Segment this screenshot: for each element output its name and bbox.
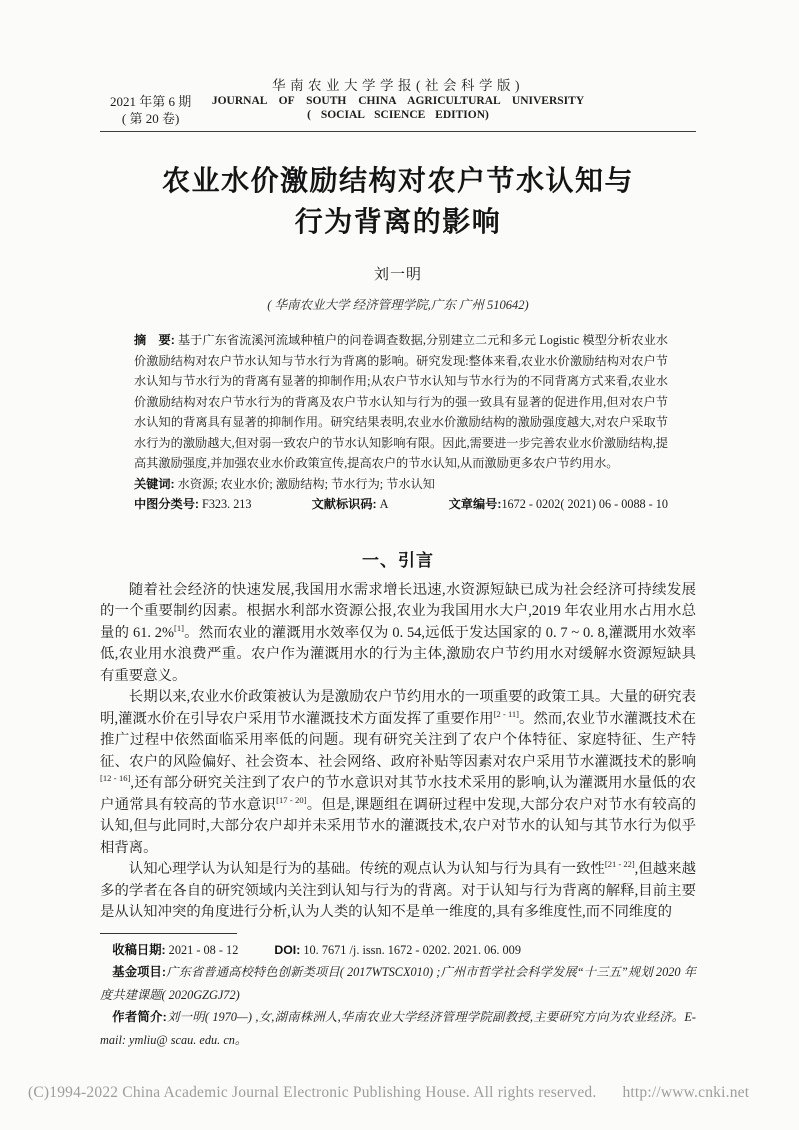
clc-item: 中图分类号: F323. 213: [134, 494, 251, 515]
issue-line-1: 2021 年第 6 期: [110, 93, 191, 110]
received-date-label: 收稿日期:: [112, 943, 165, 957]
abstract-text: 基于广东省流溪河流域种植户的问卷调查数据,分别建立二元和多元 Logistic …: [134, 333, 668, 470]
doi-value: 10. 7671 /j. issn. 1672 - 0202. 2021. 06…: [300, 943, 521, 957]
paragraph: 认知心理学认为认知是行为的基础。传统的观点认为认知与行为具有一致性[21 - 2…: [100, 859, 696, 924]
title-line-1: 农业水价激励结构对农户节水认知与: [100, 160, 696, 201]
clc-label: 中图分类号:: [134, 497, 199, 511]
header-divider: [100, 131, 696, 132]
keywords-text: 水资源; 农业水价; 激励结构; 节水行为; 节水认知: [175, 477, 435, 491]
journal-name-cn: 华南农业大学学报(社会科学版): [100, 78, 696, 93]
doi-label: DOI:: [274, 943, 300, 957]
doc-code-item: 文献标识码: A: [312, 494, 389, 515]
body-text: 随着社会经济的快速发展,我国用水需求增长迅速,水资源短缺已成为社会经济可持续发展…: [100, 580, 696, 924]
article-id-item: 文章编号:1672 - 0202( 2021) 06 - 0088 - 10: [449, 494, 668, 515]
journal-header: 2021 年第 6 期 ( 第 20 卷) 华南农业大学学报(社会科学版) JO…: [100, 78, 696, 132]
article-id-value: 1672 - 0202( 2021) 06 - 0088 - 10: [501, 497, 668, 511]
article-title: 农业水价激励结构对农户节水认知与 行为背离的影响: [100, 160, 696, 242]
author-bio-line: 作者简介:刘一明( 1970—) ,女,湖南株洲人,华南农业大学经济管理学院副教…: [100, 1006, 696, 1051]
author-bio-label: 作者简介:: [112, 1010, 166, 1024]
copyright-text: (C)1994-2022 China Academic Journal Elec…: [28, 1084, 596, 1101]
footnote-divider: [100, 933, 237, 934]
classification-line: 中图分类号: F323. 213 文献标识码: A 文章编号:1672 - 02…: [134, 494, 668, 515]
section-heading: 一、引言: [100, 550, 696, 572]
fund-text: 广东省普通高校特色创新类项目( 2017WTSCX010) ;广州市哲学社会科学…: [100, 965, 696, 1002]
author-name: 刘一明: [100, 263, 696, 284]
author-bio-text: 刘一明( 1970—) ,女,湖南株洲人,华南农业大学经济管理学院副教授,主要研…: [100, 1010, 696, 1047]
doc-code-value: A: [377, 497, 389, 511]
page-content: 2021 年第 6 期 ( 第 20 卷) 华南农业大学学报(社会科学版) JO…: [100, 78, 696, 1051]
title-line-2: 行为背离的影响: [100, 201, 696, 242]
article-page: 2021 年第 6 期 ( 第 20 卷) 华南农业大学学报(社会科学版) JO…: [0, 0, 799, 1130]
keywords-label: 关键词:: [134, 477, 175, 491]
abstract-paragraph: 摘 要: 基于广东省流溪河流域种植户的问卷调查数据,分别建立二元和多元 Logi…: [134, 330, 668, 474]
abstract-block: 摘 要: 基于广东省流溪河流域种植户的问卷调查数据,分别建立二元和多元 Logi…: [134, 330, 668, 515]
keywords-line: 关键词: 水资源; 农业水价; 激励结构; 节水行为; 节水认知: [134, 474, 668, 495]
paragraph: 随着社会经济的快速发展,我国用水需求增长迅速,水资源短缺已成为社会经济可持续发展…: [100, 580, 696, 688]
footnote-block: 收稿日期: 2021 - 08 - 12DOI: 10. 7671 /j. is…: [100, 939, 696, 1052]
article-id-label: 文章编号:: [449, 497, 502, 511]
issue-block: 2021 年第 6 期 ( 第 20 卷): [110, 93, 191, 127]
page-footer: (C)1994-2022 China Academic Journal Elec…: [28, 1084, 788, 1102]
received-date-value: 2021 - 08 - 12: [166, 943, 239, 957]
paragraph: 长期以来,农业水价政策被认为是激励农户节约用水的一项重要的政策工具。大量的研究表…: [100, 687, 696, 859]
fund-line: 基金项目:广东省普通高校特色创新类项目( 2017WTSCX010) ;广州市哲…: [100, 961, 696, 1006]
doc-code-label: 文献标识码:: [312, 497, 377, 511]
abstract-label: 摘 要:: [134, 333, 175, 347]
clc-value: F323. 213: [199, 497, 251, 511]
received-date-line: 收稿日期: 2021 - 08 - 12DOI: 10. 7671 /j. is…: [100, 939, 696, 962]
issue-line-2: ( 第 20 卷): [110, 110, 191, 127]
author-affiliation: ( 华南农业大学 经济管理学院,广东 广州 510642): [100, 295, 696, 313]
cnki-url: http://www.cnki.net: [622, 1084, 749, 1101]
fund-label: 基金项目:: [112, 965, 166, 979]
